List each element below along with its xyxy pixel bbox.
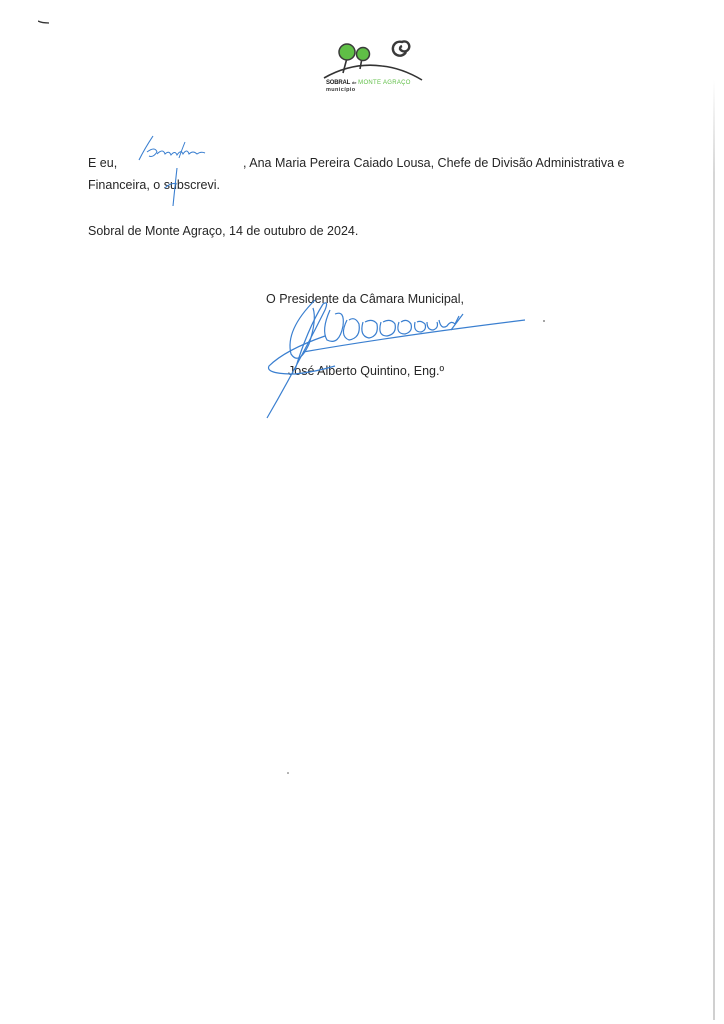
scan-artifact-mark: [38, 20, 50, 24]
tree-icon: [339, 44, 355, 60]
scan-speck: [287, 772, 289, 774]
president-signature: [255, 290, 535, 420]
logo-wordmark: SOBRAL de MONTE AGRAÇO município: [326, 79, 411, 94]
swirl-icon: [393, 41, 409, 55]
logo-name-part1: SOBRAL: [326, 80, 350, 86]
scan-speck: [543, 320, 545, 322]
tree-icon: [357, 48, 370, 61]
signatory-role: O Presidente da Câmara Municipal,: [266, 292, 464, 307]
subscription-line2: Financeira, o subscrevi.: [88, 178, 220, 193]
hill-icon: [324, 65, 422, 80]
logo-name-de: de: [352, 80, 357, 85]
secretary-signature: [125, 128, 225, 214]
logo-name-part2: MONTE AGRAÇO: [358, 80, 411, 86]
signatory-name: José Alberto Quintino, Eng.º: [288, 364, 444, 379]
scan-page-edge: [713, 80, 715, 1020]
date-line: Sobral de Monte Agraço, 14 de outubro de…: [88, 224, 358, 239]
document-page: SOBRAL de MONTE AGRAÇO município E eu, ,…: [0, 0, 724, 1024]
logo-subtitle: município: [326, 87, 411, 94]
subscription-prefix: E eu,: [88, 156, 117, 171]
subscription-line1: , Ana Maria Pereira Caiado Lousa, Chefe …: [243, 156, 624, 171]
